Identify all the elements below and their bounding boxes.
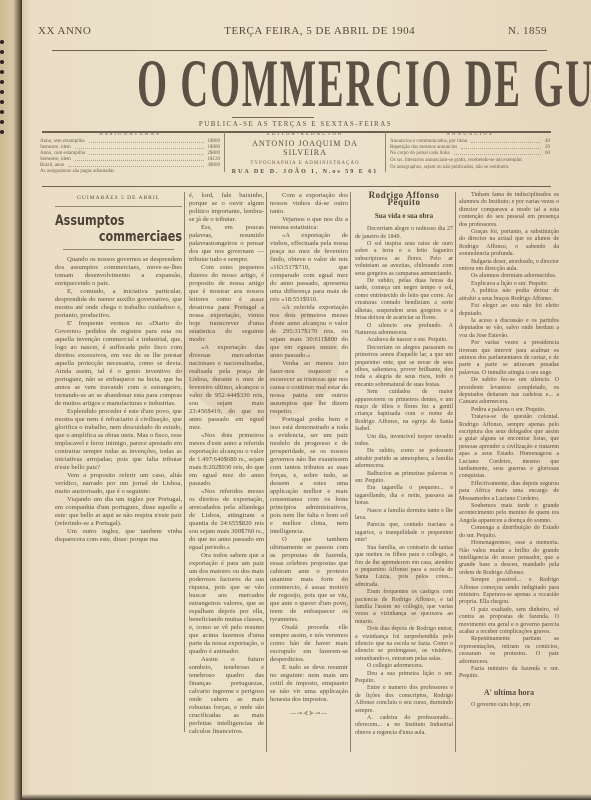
paragraph: Nasce a familia dormira tanto e lhe lava… (355, 508, 453, 523)
ad-rate-price: 60 (545, 151, 550, 157)
paragraph: Sempre possivel... e Rodrigo Affonso com… (459, 577, 559, 607)
paragraph: Oxalá proceda elle sempre assim, e nós v… (270, 624, 348, 664)
last-hour-heading: A' ultima hora (459, 689, 559, 696)
paragraph: Um outro inglez, que tambem vinha dispar… (55, 528, 182, 544)
advertising-block: ANNUNCIOS Annuncios e communicados, por … (390, 132, 550, 171)
paragraph: Foi eleger ao sou não foi eleito deputad… (459, 303, 559, 318)
paragraph: Ora todos sabem que a exportação é para … (189, 552, 264, 656)
paragraph: Os alumnos dormiam adormecidos. (459, 273, 559, 280)
paragraph: O silencio era profundo. A Natureza ador… (355, 323, 453, 338)
paragraph: O sol inspira seus raios de ouro sobre a… (355, 241, 453, 278)
issue-number: N. 1859 (508, 25, 547, 37)
paragraph: Com a exportação dos nossos vinhos dá-se… (270, 192, 348, 216)
paragraph: Acabava de nascer o snr. Pequito. (355, 337, 453, 344)
paragraph: Dois dias depois de Rodrigo entrar, a vi… (355, 626, 453, 663)
subscription-price: 4$000 (208, 163, 221, 169)
paragraph: Explicava a lição o snr. Pequito. (459, 281, 559, 288)
subscription-note: As assignaturas são pagas adiantadas (40, 169, 220, 175)
paragraph: Homenageemos, esse a memoria. Não valeu … (459, 540, 559, 577)
paragraph: é, lord, fale baixinho, porque se o ouvi… (189, 192, 264, 224)
paragraph: Quando os nossos governos se desprendem … (55, 256, 182, 288)
header-info-box: ASSIGNATURAS Anno, sem estampilha1$000 S… (40, 132, 551, 172)
header-divider (385, 132, 386, 172)
paragraph: Soubemos mais tarde o grande acontecimen… (459, 503, 559, 525)
masthead-text: O COMMERCIO DE GUIMARÃES (137, 49, 591, 119)
advertising-title: ANNUNCIOS (390, 132, 550, 137)
issue-date: TERÇA FEIRA, 5 DE ABRIL DE 1904 (224, 25, 415, 37)
paragraph: Ia aceso a discussão e os partidos deput… (459, 318, 559, 340)
subscription-note-text: As assignaturas são pagas adiantadas (40, 169, 114, 175)
paragraph: Eram frequentes os castigos com pacienci… (355, 589, 453, 626)
subscriptions-title: ASSIGNATURAS (40, 132, 220, 137)
paragraph: O que tambem ultimamente se passou com a… (270, 536, 348, 624)
article-headline: Assumptos (55, 213, 157, 229)
paragraph: Sua familia, ao contrario de tantas que … (355, 545, 453, 589)
ad-rate-label: No corpo do jornal cada linha (390, 151, 450, 157)
paragraph: Sem cuidados de maior apparecerem os pri… (355, 389, 453, 433)
paragraph: Vem a proposito referir um caso, aliás v… (55, 472, 182, 496)
masthead-underline (232, 117, 314, 118)
paragraph: Era tagarella o pequeno... e tagarelland… (355, 485, 453, 507)
paragraph: Vejamos o que nos diz a mesma estatistic… (270, 216, 348, 232)
publication-schedule: PUBLICA-SE AS TERÇAS E SEXTAS-FEIRAS (0, 120, 591, 128)
publisher-name: ANTONIO JOAQUIM DA SILVEIRA (230, 139, 380, 157)
typography-label: TYPOGRAPHIA E ADMINISTRAÇÃO (230, 161, 380, 166)
paragraph: Bulgaria deser, atordoado, o director en… (459, 259, 559, 274)
publisher-address: RUA DE D. JOÃO I, N.os 59 E 61 (230, 169, 380, 175)
paragraph: Pedira a palavra o snr. Pequito. (459, 407, 559, 414)
headline-rule (63, 249, 174, 250)
paragraph: O paiz exaltado, sem dinheiro, vê contra… (459, 607, 559, 637)
paragraph: De subito fez-se um silencio. O presiden… (459, 377, 559, 407)
section-dateline: GUIMARÃES 5 DE ABRIL (55, 194, 182, 207)
paragraph: Tinham fama de indisciplinados os alumno… (459, 192, 559, 229)
paragraph: «A referida exportação nos dois primeiro… (270, 304, 348, 360)
paragraph: «Nos dois primeiros meses d'este anno a … (189, 432, 264, 488)
paragraph: Entre o numero dos professores e de liçõ… (355, 685, 453, 715)
advertising-note: Os srs. litterarios annunciam-se gratis,… (390, 158, 550, 164)
paragraph: A. cadeira do professorado... oferecem..… (355, 715, 453, 737)
paragraph: A politica não podia deixar de attrahir … (459, 288, 559, 303)
column-divider (184, 192, 185, 732)
column-divider (455, 192, 456, 752)
column-1: GUIMARÃES 5 DE ABRIL Assumptos commercia… (55, 192, 182, 544)
paragraph: Um dia, invencivel torpor invadiu todos. (355, 434, 453, 449)
paragraph: E' frequente vermos no «Diario do Govern… (55, 320, 182, 408)
body-top-rule (42, 186, 551, 187)
ornament-divider: —⊸⊰⊱⊸— (270, 710, 348, 718)
paragraph: O collegio adormecera. (355, 663, 453, 670)
column-4: Rodrigo Affonso Pequito Sua vida e sua o… (355, 192, 453, 737)
masthead-title: O COMMERCIO DE GUIMARÃES (137, 52, 454, 116)
column-5: Tinham fama de indisciplinados os alumno… (459, 192, 559, 710)
advertising-note: Os autographos, sejam ou não publicados,… (390, 165, 550, 171)
paragraph: Tratava-se da questão colonial. Rodrigo … (459, 414, 559, 481)
paragraph: Deu a sua primeira lição o snr. Pequito. (355, 671, 453, 686)
paragraph: Ess, em poucas palavras, resumido palavr… (189, 224, 264, 264)
column-3: Com a exportação dos nossos vinhos dá-se… (270, 192, 348, 718)
paragraph: Portugal podia bem e isso está demonstra… (270, 416, 348, 536)
column-2: é, lord, fale baixinho, porque se o ouvi… (189, 192, 264, 736)
publisher-label: EDITOR-REDACTOR (230, 132, 380, 137)
paragraph: Decorriam alegre o radiosso dia 27 de ja… (355, 226, 453, 241)
paragraph: «A exportação das diversas mercadorias n… (189, 344, 264, 432)
subscriptions-block: ASSIGNATURAS Anno, sem estampilha1$000 S… (40, 132, 220, 175)
article-title: Rodrigo Affonso Pequito (355, 192, 453, 207)
article-subtitle: Sua vida e sua obra (355, 213, 453, 220)
paragraph: Decorriam os alegres passaram os primeir… (355, 345, 453, 389)
paragraph: Balbuciou as primeiras palavras o snr. P… (355, 471, 453, 486)
column-divider (350, 192, 351, 752)
article-headline: commerciaes (80, 229, 182, 245)
volume-label: XX ANNO (38, 25, 91, 37)
ad-rate-row: No corpo do jornal cada linha60 (390, 151, 550, 157)
paragraph: Esplendido proceder é este d'um povo, qu… (55, 408, 182, 472)
page-bottom-edge (22, 794, 591, 800)
paragraph: Graças foi, portanto, a substituição do … (459, 229, 559, 259)
column-divider (266, 192, 267, 752)
paragraph: De subito, pelas duas horas da tarde, co… (355, 278, 453, 322)
paragraph: Parecia que, contudo tractara a tagarice… (355, 522, 453, 544)
paragraph: De subito, como se podessem attrahir par… (355, 448, 453, 470)
paragraph: Por varias vezes a presidencia tiveram q… (459, 340, 559, 377)
paragraph: Comenga a distribuição do Estado do snr.… (459, 525, 559, 540)
paragraph: E, comtudo, a iniciativa particular, des… (55, 288, 182, 320)
header-divider (224, 132, 225, 172)
paragraph: «A exportação de vinhos, effectuada pela… (270, 232, 348, 304)
paragraph: Effectivamente, dias depois segurou para… (459, 481, 559, 503)
paragraph: E tudo se deve resumir no seguinte: nem … (270, 664, 348, 704)
paragraph: Fazia ministro da fazenda o snr. Pequito… (459, 666, 559, 681)
publisher-block: EDITOR-REDACTOR ANTONIO JOAQUIM DA SILVE… (230, 132, 380, 175)
paragraph: «Nos referidos mezes os direitos de expo… (189, 488, 264, 552)
dateline: XX ANNO TERÇA FEIRA, 5 DE ABRIL DE 1904 … (38, 25, 547, 37)
paragraph: Repentinamente partiam as representações… (459, 636, 559, 666)
paragraph: Viajando um dia um inglez por Portugal, … (55, 496, 182, 528)
paragraph: Venha ao menos isto fazer-nos esquecer a… (270, 360, 348, 416)
paragraph: O governo caiu hoje, em (459, 702, 559, 709)
paragraph: Com estes pequenos dizeres do nosso arti… (189, 264, 264, 344)
paragraph: Assim o futuro sombrio, tenebroso e tene… (189, 656, 264, 736)
